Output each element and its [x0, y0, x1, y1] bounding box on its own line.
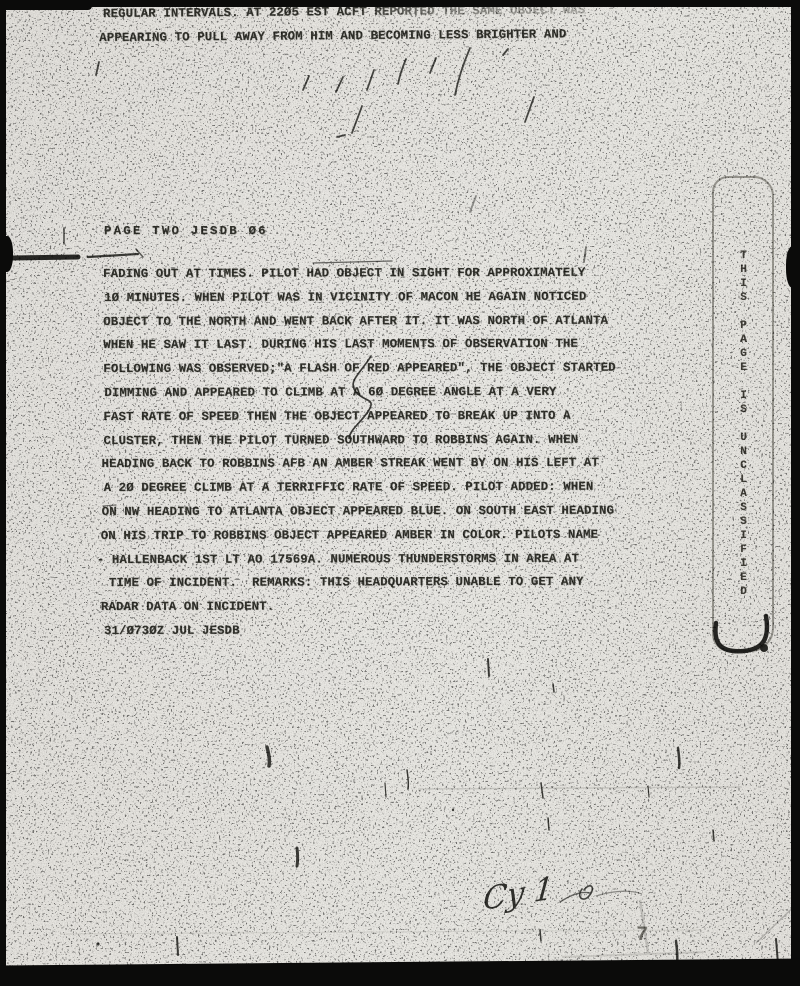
page-label: PAGE TWO JESDB Ø6 [104, 224, 268, 238]
handwritten-copy-note: Cy 1 [482, 870, 555, 918]
typed-header-line: APPEARING TO PULL AWAY FROM HIM AND BECO… [99, 27, 566, 45]
scan-edge-left [0, 0, 6, 986]
scan-edge-top [0, 0, 800, 7]
typed-body-line: RADAR DATA ON INCIDENT. [101, 595, 613, 620]
scan-edge-bottom [0, 966, 800, 986]
typed-body-line: FADING OUT AT TIMES. PILOT HAD OBJECT IN… [103, 262, 615, 287]
typed-body-line: HEADING BACK TO ROBBINS AFB AN AMBER STR… [101, 452, 613, 477]
handwriting-flourish [580, 886, 593, 899]
scanned-document-page: REGULAR INTERVALS. AT 22Ø5 EST ACFT REPO… [0, 0, 800, 986]
registration-dash [11, 257, 78, 258]
typed-body: FADING OUT AT TIMES. PILOT HAD OBJECT IN… [103, 262, 616, 644]
typed-body-line: DIMMING AND APPEARED TO CLIMB AT A 6Ø DE… [104, 381, 616, 406]
stamp-text: THIS PAGE IS UNCLASSIFIED [738, 250, 749, 600]
unclassified-stamp: THIS PAGE IS UNCLASSIFIED [712, 176, 774, 652]
typed-body-line: 31/Ø73ØZ JUL JESDB [104, 619, 616, 644]
typed-body-line: A 2Ø DEGREE CLIMB AT A TERRIFFIC RATE OF… [104, 476, 616, 501]
typed-body-line: ON NW HEADING TO ATLANTA OBJECT APPEARED… [102, 500, 614, 525]
typed-body-line: WHEN HE SAW IT LAST. DURING HIS LAST MOM… [103, 333, 615, 358]
typed-body-line: FAST RATE OF SPEED THEN THE OBJECT APPEA… [103, 404, 615, 429]
typed-body-line: CLUSTER, THEN THE PILOT TURNED SOUTHWARD… [103, 428, 615, 453]
scan-edge-top-corner [0, 0, 92, 10]
typed-body-line: FOLLOWING WAS OBSERVED;"A FLASH OF RED A… [103, 357, 615, 382]
page-number: 7 [636, 924, 649, 947]
typed-body-line: TIME OF INCIDENT. REMARKS: THIS HEADQUAR… [109, 571, 621, 596]
scan-edge-right [791, 0, 800, 986]
scan-edge-right-bulge [786, 246, 800, 288]
typed-body-line: 1Ø MINUTES. WHEN PILOT WAS IN VICINITY O… [104, 285, 616, 310]
scan-edge-left-blob [0, 236, 13, 272]
typed-body-line: - HALLENBACK 1ST LT AO 17569A. NUMEROUS … [97, 547, 609, 572]
typed-body-line: OBJECT TO THE NORTH AND WENT BACK AFTER … [103, 309, 615, 334]
typed-body-line: ON HIS TRIP TO ROBBINS OBJECT APPEARED A… [101, 523, 613, 548]
